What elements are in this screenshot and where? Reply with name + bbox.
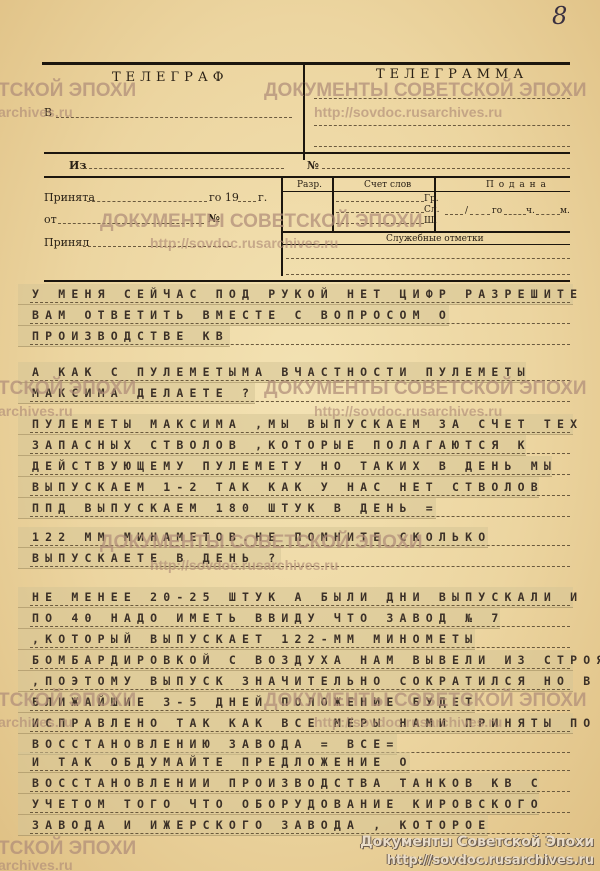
filed-hours[interactable] — [504, 214, 526, 215]
message-line: ,ПОЭТОМУ ВЫПУСК ЗНАЧИТЕЛЬНО СОКРАТИЛСЯ Н… — [32, 674, 596, 688]
message-line: ВЫПУСКАЕМ 1-2 ТАК КАК У НАС НЕТ СТВОЛОВ — [32, 480, 544, 494]
watermark-url: http://sovdoc.rusarchives.ru — [314, 714, 502, 730]
message-line: ЗАПАСНЫХ СТВОЛОВ ,КОТОРЫЕ ПОЛАГАЮТСЯ К — [32, 438, 531, 452]
number-field[interactable] — [322, 168, 570, 169]
watermark-title: ТСКОЙ ЭПОХИ — [0, 80, 136, 102]
message-rule — [30, 605, 570, 606]
message-rule — [30, 302, 570, 303]
from-short-label: от — [44, 213, 57, 226]
from-field[interactable] — [84, 168, 284, 169]
watermark-url: http://sovdoc.rusarchives.ru — [150, 235, 338, 251]
message-rule — [30, 812, 570, 813]
filed-slash: / — [465, 206, 468, 216]
table-header-rule — [282, 191, 570, 192]
message-rule — [30, 323, 570, 324]
corner-watermark-title: Документы Советской Эпохи — [360, 834, 594, 850]
date-suffix: го 19 — [209, 191, 239, 204]
watermark-title: ДОКУМЕНТЫ СОВЕТСКОЙ ЭПОХИ — [100, 211, 423, 233]
year-field[interactable] — [238, 201, 256, 202]
message-line: ВОССТАНОВЛЕНИИ ПРОИЗВОДСТВА ТАНКОВ КВ С — [32, 776, 544, 790]
message-rule — [30, 647, 570, 648]
filed-header: П о д а н а — [486, 180, 547, 190]
watermark-title: ДОКУМЕНТЫ СОВЕТСКОЙ ЭПОХИ — [264, 378, 587, 400]
watermark-url: archives.ru — [0, 714, 73, 730]
service-notes-line-1 — [286, 258, 570, 259]
corner-watermark-url: http://sovdoc.rusarchives.ru — [387, 853, 594, 868]
message-rule — [30, 474, 570, 475]
category-header: Разр. — [297, 180, 322, 190]
header-divider — [303, 64, 305, 160]
message-line: И ТАК ОБДУМАЙТЕ ПРЕДЛОЖЕНИЕ О — [32, 755, 413, 769]
message-line: ПРОИЗВОДСТВЕ КВ — [32, 329, 229, 343]
count-line-1 — [336, 201, 424, 202]
year-suffix: г. — [258, 191, 267, 204]
received-by-label: Принял — [44, 236, 89, 249]
watermark-url: archives.ru — [0, 857, 73, 871]
message-rule — [30, 432, 570, 433]
word-count-header: Счет слов — [364, 180, 411, 190]
from-label: Из — [69, 159, 86, 172]
service-notes-label: Служебные отметки — [386, 234, 484, 244]
number-label: № — [307, 159, 319, 172]
watermark-title: ДОКУМЕНТЫ СОВЕТСКОЙ ЭПОХИ — [100, 532, 423, 554]
watermark-url: http://sovdoc.rusarchives.ru — [314, 104, 502, 120]
message-line: ПУЛЕМЕТЫ МАКСИМА ,МЫ ВЫПУСКАЕМ ЗА СЧЕТ Т… — [32, 417, 583, 431]
page-number: 8 — [552, 2, 567, 30]
message-rule — [30, 791, 570, 792]
telegram-line-3 — [314, 146, 570, 147]
message-rule — [30, 344, 570, 345]
message-rule — [30, 516, 570, 517]
count-row-words: Сл. — [424, 205, 439, 215]
accepted-field[interactable] — [87, 201, 207, 202]
watermark-title: ТСКОЙ ЭПОХИ — [0, 690, 136, 712]
from-top-rule — [44, 152, 570, 154]
filed-day[interactable] — [445, 214, 463, 215]
message-rule — [30, 626, 570, 627]
message-rule — [30, 731, 570, 732]
message-rule — [30, 401, 570, 402]
to-field[interactable] — [56, 117, 292, 118]
message-line: ,КОТОРЫЙ ВЫПУСКАЕТ 122-ММ МИНОМЕТЫ — [32, 632, 478, 646]
message-line: ПО 40 НАДО ИМЕТЬ ВВИДУ ЧТО ЗАВОД № 7 — [32, 611, 504, 625]
accepted-label: Принята — [44, 191, 95, 204]
message-line: БОМБАРДИРОВКОЙ С ВОЗДУХА НАМ ВЫВЕЛИ ИЗ С… — [32, 653, 600, 667]
top-rule — [42, 62, 570, 65]
message-rule — [30, 668, 570, 669]
message-rule — [30, 770, 570, 771]
message-line: ДЕЙСТВУЮЩЕМУ ПУЛЕМЕТУ НО ТАКИХ В ДЕНЬ МЫ — [32, 459, 557, 473]
message-line: У МЕНЯ СЕЙЧАС ПОД РУКОЙ НЕТ ЦИФР РАЗРЕШИ… — [32, 287, 583, 301]
filed-minutes[interactable] — [536, 214, 560, 215]
watermark-url: http://sovdoc.rusarchives.ru — [150, 557, 338, 573]
watermark-url: http://sovdoc.rusarchives.ru — [314, 403, 502, 419]
count-row-sh: Ш. — [424, 216, 437, 226]
message-line: А КАК С ПУЛЕМЕТЫМА ВЧАСТНОСТИ ПУЛЕМЕТЫ — [32, 365, 531, 379]
filed-minutes-label: м. — [560, 206, 570, 216]
message-line: УЧЕТОМ ТОГО ЧТО ОБОРУДОВАНИЕ КИРОВСКОГО — [32, 797, 544, 811]
watermark-title: ТСКОЙ ЭПОХИ — [0, 378, 136, 400]
header-bottom-rule — [44, 280, 570, 282]
telegram-line-2 — [314, 125, 570, 126]
message-line: ППД ВЫПУСКАЕМ 180 ШТУК В ДЕНЬ = — [32, 501, 439, 515]
message-line: ЗАВОДА И ИЖЕРСКОГО ЗАВОДА , КОТОРОЕ — [32, 818, 491, 832]
middle-rule — [44, 176, 570, 178]
message-rule — [30, 453, 570, 454]
filed-hours-label: ч. — [526, 206, 535, 216]
watermark-title: ДОКУМЕНТЫ СОВЕТСКОЙ ЭПОХИ — [264, 80, 587, 102]
filed-go: го — [492, 206, 502, 216]
watermark-title: ДОКУМЕНТЫ СОВЕТСКОЙ ЭПОХИ — [264, 690, 587, 712]
service-notes-line-2 — [286, 274, 570, 275]
message-line: ВОССТАНОВЛЕНИЮ ЗАВОДА = ВСЕ= — [32, 737, 399, 751]
watermark-url: archives.ru — [0, 104, 73, 120]
watermark-url: archives.ru — [0, 403, 73, 419]
message-rule — [30, 495, 570, 496]
filed-month[interactable] — [470, 214, 490, 215]
message-line: ВАМ ОТВЕТИТЬ ВМЕСТЕ С ВОПРОСОМ О — [32, 308, 452, 322]
count-row-groups: Гр. — [424, 194, 439, 204]
message-line: НЕ МЕНЕЕ 20-25 ШТУК А БЫЛИ ДНИ ВЫПУСКАЛИ… — [32, 590, 583, 604]
